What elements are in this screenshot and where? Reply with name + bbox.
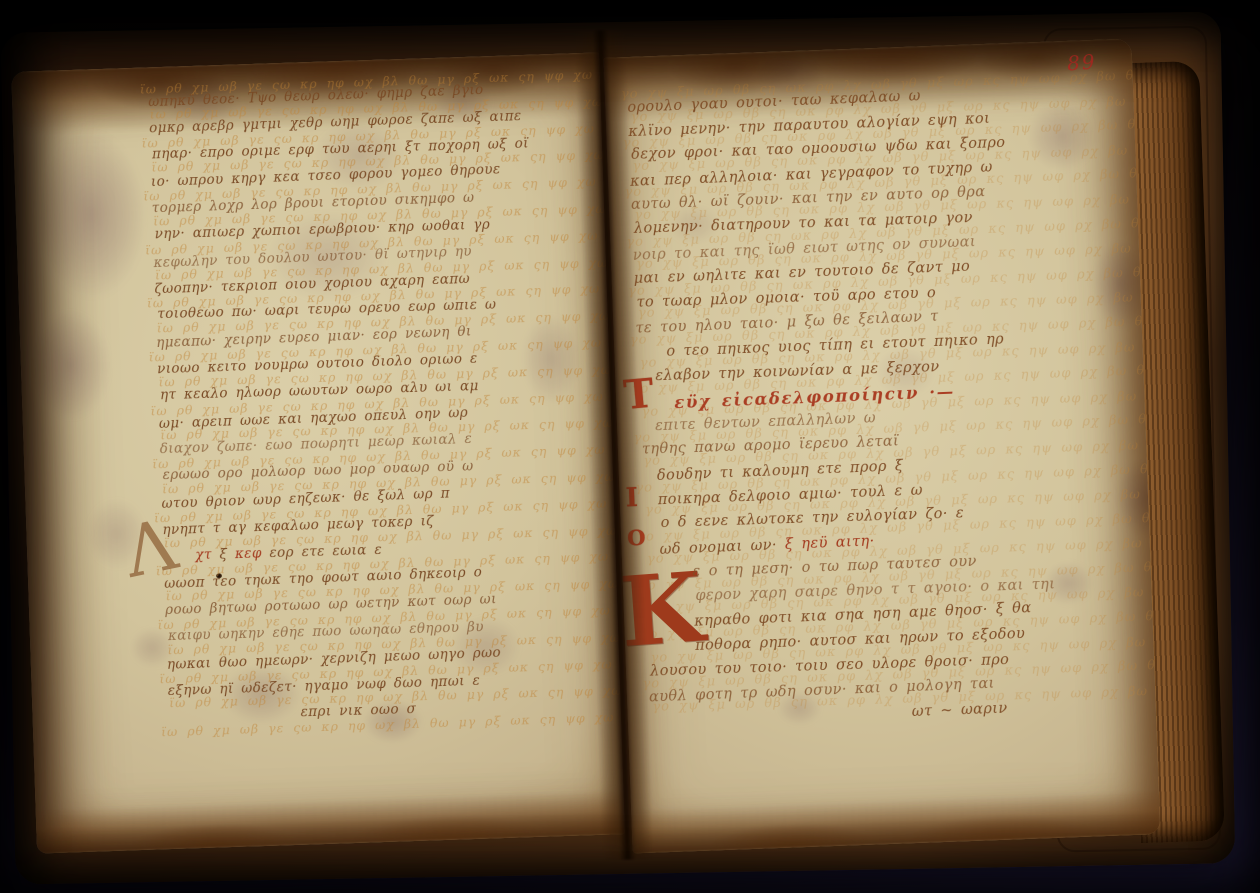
manuscript-line-segment: ωτ ~ ωαριν bbox=[911, 700, 1007, 720]
manuscript-line-segment: ορουλο γοαυ ουτοι· ταω κεφαλαω ω bbox=[627, 88, 921, 116]
stain bbox=[29, 309, 113, 422]
manuscript-line-segment: ξ ηεϋ αιτη· bbox=[785, 533, 875, 553]
manuscript-line-segment: κεφ bbox=[235, 545, 270, 562]
right-page: γο χψ ξμ ωρ θβ ςη ωκ ρφ λχ ωβ γθ μξ ωρ κ… bbox=[604, 39, 1161, 854]
stain bbox=[33, 128, 149, 302]
manuscript-line-segment: ωδ ονομαι ων· bbox=[659, 537, 785, 558]
left-page: ϊω ρθ χμ ωβ γε ςω κρ ηφ ωχ βλ θω μγ ρξ ω… bbox=[11, 52, 625, 853]
right-text-block: ορουλο γοαυ ουτοι· ταω κεφαλαω ωκλϊνο με… bbox=[627, 81, 1134, 738]
manuscript-line-segment: ξ bbox=[219, 546, 235, 562]
manuscript-line-segment: εορ ετε εωια ε bbox=[269, 541, 382, 560]
manuscript-photo: ϊω ρθ χμ ωβ γε ςω κρ ηφ ωχ βλ θω μγ ρξ ω… bbox=[0, 0, 1260, 893]
initial-iota: Ι bbox=[625, 485, 638, 511]
manuscript-line-segment: επρι νικ οωο σ bbox=[300, 701, 416, 720]
stain bbox=[753, 50, 825, 97]
left-text-block: ωπηκϋ θεοε· Τψο θεωρ ολεω· φημρ ζαε βγιο… bbox=[148, 79, 609, 736]
folio-number: 89 bbox=[1066, 49, 1097, 75]
manuscript-line-segment: χτ bbox=[195, 546, 220, 563]
manuscript-line-segment: ωπηκϋ θεοε· Τψο θεωρ ολεω· φημρ ζαε βγιο bbox=[148, 82, 484, 110]
